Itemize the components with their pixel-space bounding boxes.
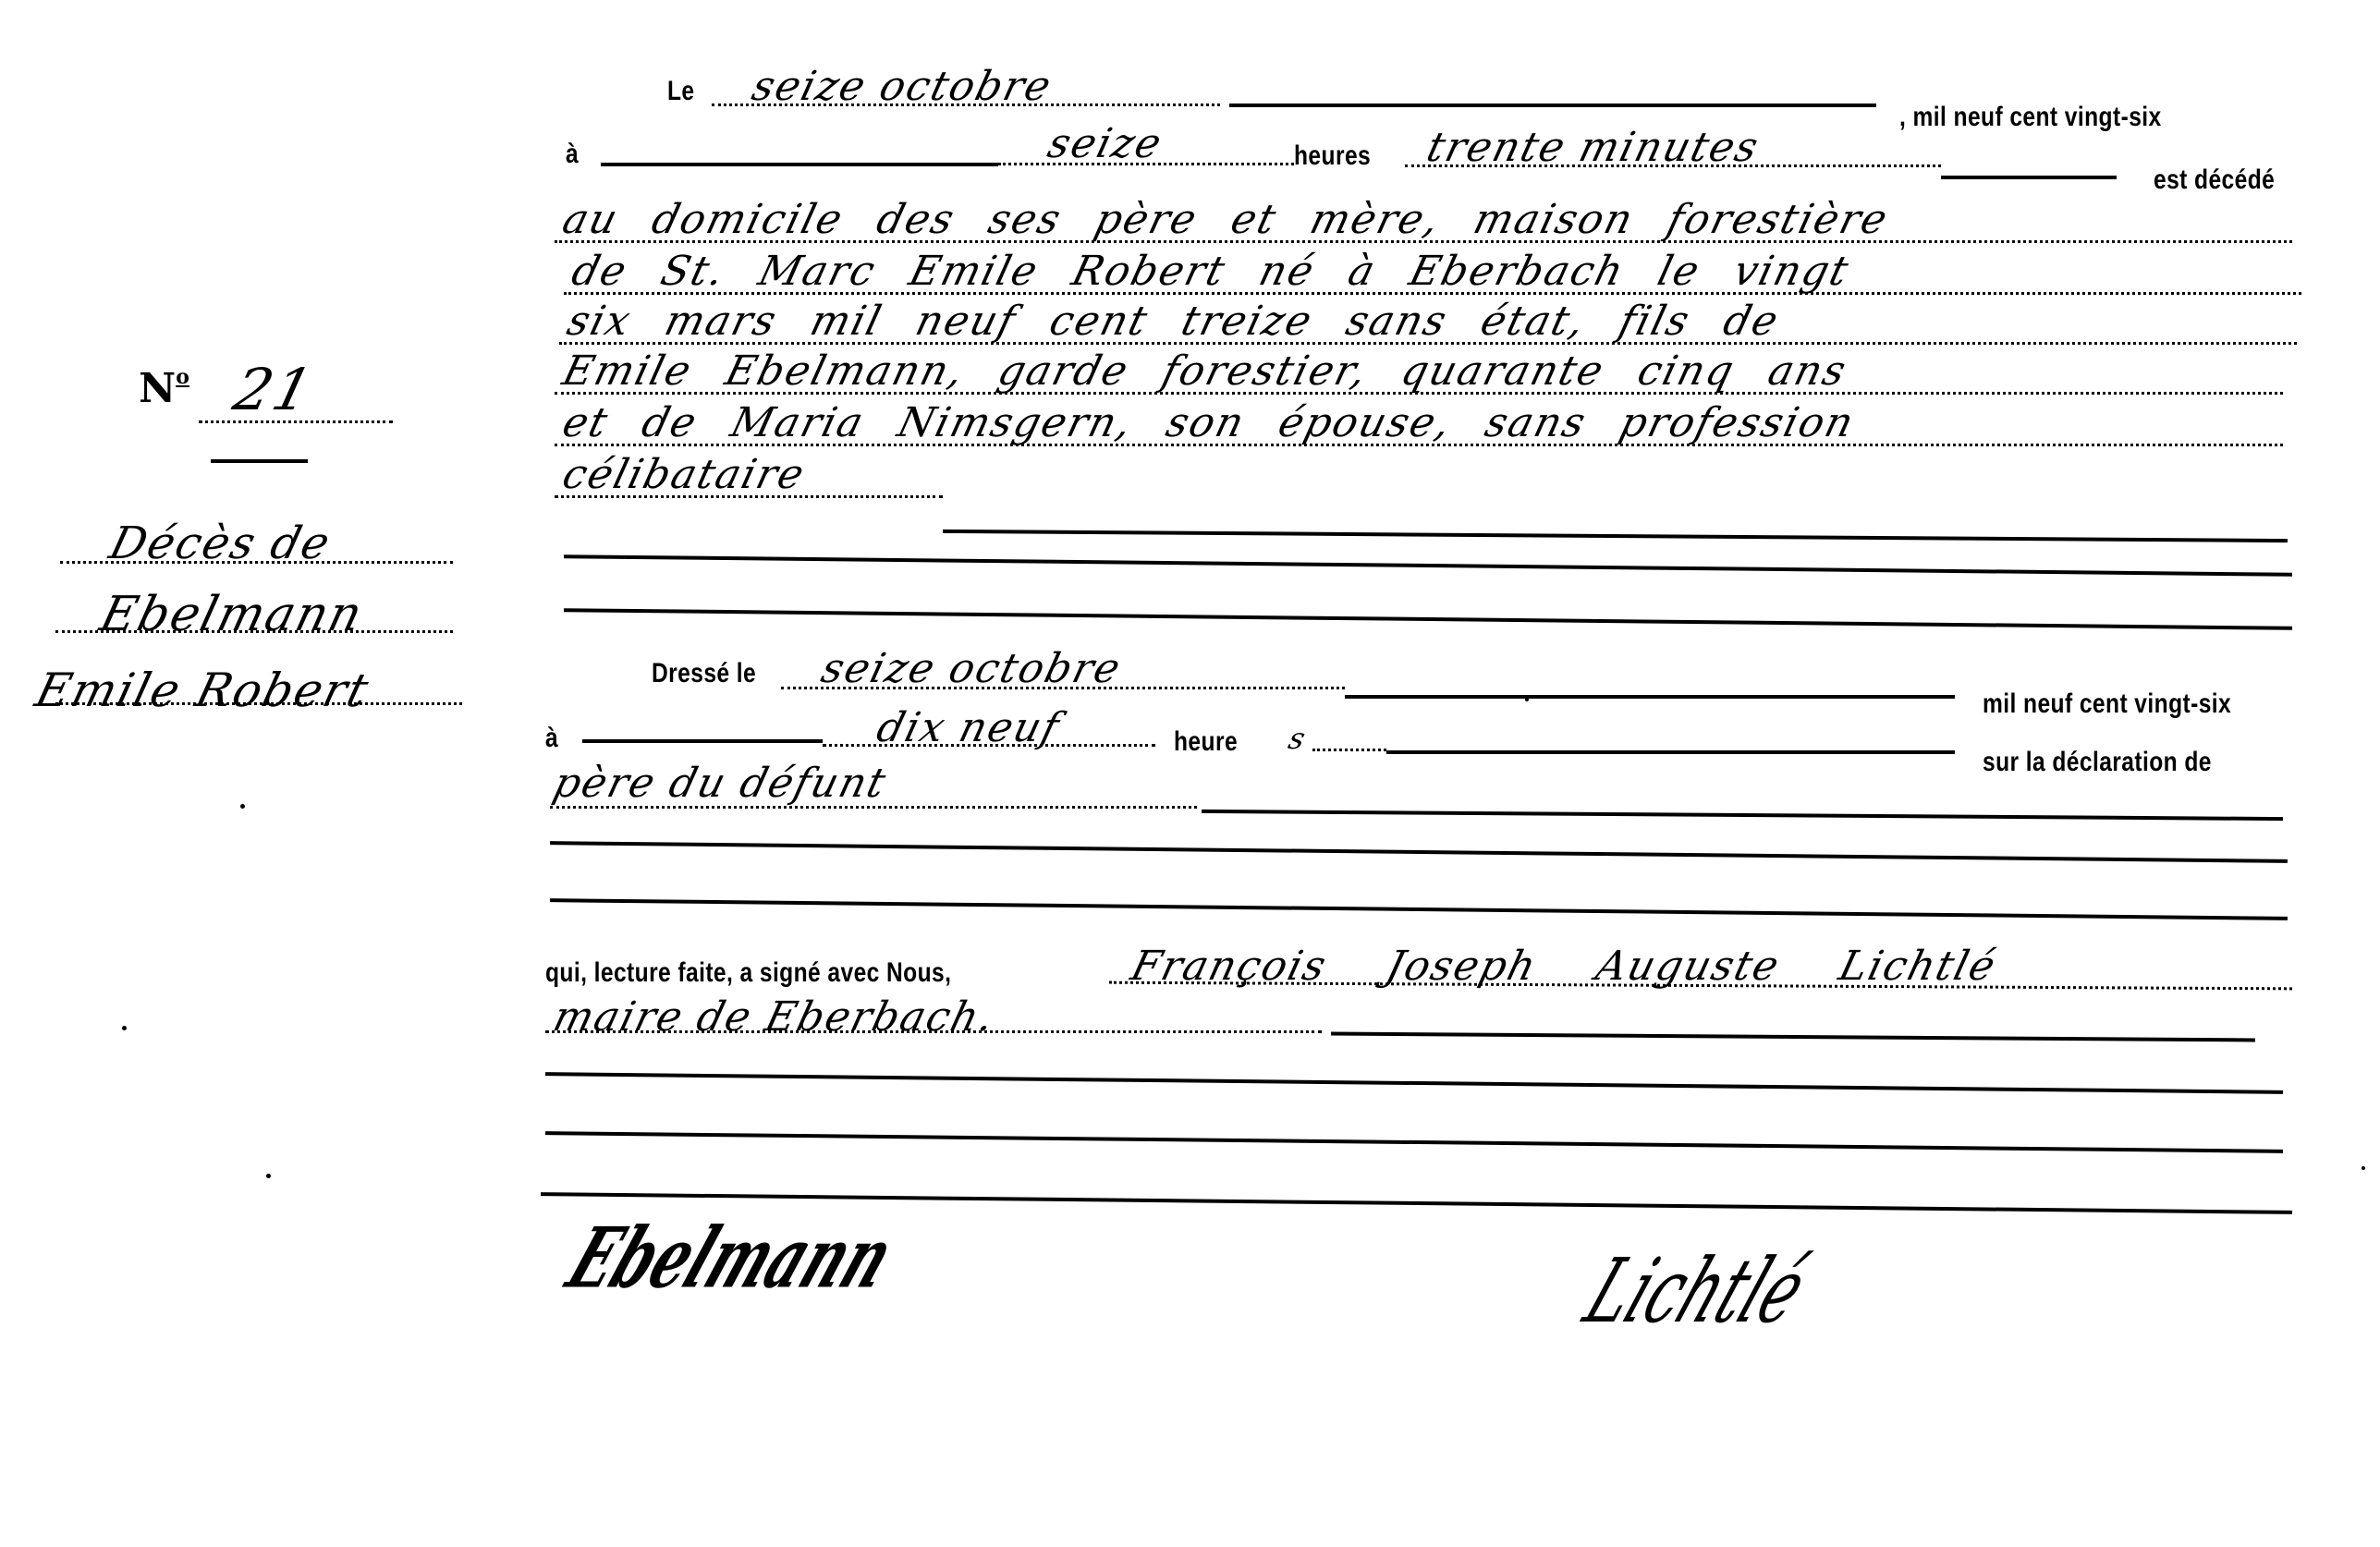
death-hour: seize xyxy=(1044,120,1168,167)
label-dresse-le: Dressé le xyxy=(652,658,756,689)
margin-title-line3: Emile Robert xyxy=(31,664,375,717)
official-title: maire de Eberbach. xyxy=(549,993,1001,1041)
scan-speck xyxy=(2362,1166,2365,1170)
body-line: de St. Marc Emile Robert né à Eberbach l… xyxy=(568,248,1855,295)
closing-rule-1 xyxy=(545,1072,2283,1094)
scan-speck xyxy=(1525,698,1529,701)
margin-dotted-line-2 xyxy=(55,630,453,633)
body-line: six mars mil neuf cent treize sans état,… xyxy=(563,298,1785,345)
label-declaration: sur la déclaration de xyxy=(1983,747,2212,778)
dresse-year: mil neuf cent vingt-six xyxy=(1983,688,2231,720)
dresse-hour-fill xyxy=(582,739,823,743)
body-line: et de Maria Nimsgern, son épouse, sans p… xyxy=(558,399,1860,446)
label-est-decede: est décédé xyxy=(2154,164,2275,196)
number-label-sup: o xyxy=(176,365,189,389)
label-a: à xyxy=(566,139,579,170)
scan-speck xyxy=(266,1174,271,1178)
margin-act-number: No xyxy=(139,365,189,412)
margin-dotted-line-3 xyxy=(55,702,462,705)
dresse-blank-rule-2 xyxy=(550,898,2288,920)
label-heures: heures xyxy=(1294,140,1371,172)
scan-speck xyxy=(122,1026,127,1030)
declarant-signature: Ebelmann xyxy=(555,1211,907,1308)
signature-clause-label: qui, lecture faite, a signé avec Nous, xyxy=(545,957,951,989)
death-minutes: trente minutes xyxy=(1422,124,1764,171)
official-title-fill xyxy=(1331,1032,2255,1042)
date-fill-line xyxy=(1229,104,1876,107)
declarant: père du défunt xyxy=(549,760,892,807)
dresse-label-a: à xyxy=(545,723,558,754)
act-number-value: 21 xyxy=(227,356,321,423)
mayor-signature: Lichtlé xyxy=(1571,1241,1820,1344)
blank-rule-1 xyxy=(943,530,2288,542)
dresse-heure-fill xyxy=(1386,750,1955,754)
act-drawn-hour: dix neuf xyxy=(873,704,1066,751)
number-underline xyxy=(211,459,308,463)
dresse-blank-rule-1 xyxy=(550,841,2288,863)
body-line: célibataire xyxy=(558,451,811,498)
declarant-fill xyxy=(1202,810,2283,821)
body-line: Emile Ebelmann, garde forestier, quarant… xyxy=(558,347,1852,395)
hour-fill-line xyxy=(601,163,998,166)
number-label: N xyxy=(139,365,176,412)
number-dotted-line xyxy=(199,420,393,423)
heure-suffix: s xyxy=(1285,721,1311,756)
blank-rule-3 xyxy=(564,608,2292,630)
dresse-date-fill xyxy=(1345,695,1955,699)
minutes-fill-line xyxy=(1941,176,2117,179)
body-line: au domicile des ses père et mère, maison… xyxy=(558,196,1894,243)
closing-rule-2 xyxy=(545,1131,2283,1153)
blank-rule-2 xyxy=(564,554,2292,577)
margin-title-line2: Ebelmann xyxy=(95,587,370,642)
label-heure: heure xyxy=(1174,726,1238,758)
death-date: seize octobre xyxy=(748,63,1057,110)
official-name: François Joseph Auguste Lichtlé xyxy=(1127,943,2002,990)
scan-speck xyxy=(240,804,245,809)
label-le: Le xyxy=(667,76,695,107)
margin-dotted-line-1 xyxy=(60,561,453,564)
act-drawn-date: seize octobre xyxy=(817,645,1127,692)
printed-year: , mil neuf cent vingt-six xyxy=(1899,102,2162,133)
dresse-heure-dotted xyxy=(1312,749,1386,751)
